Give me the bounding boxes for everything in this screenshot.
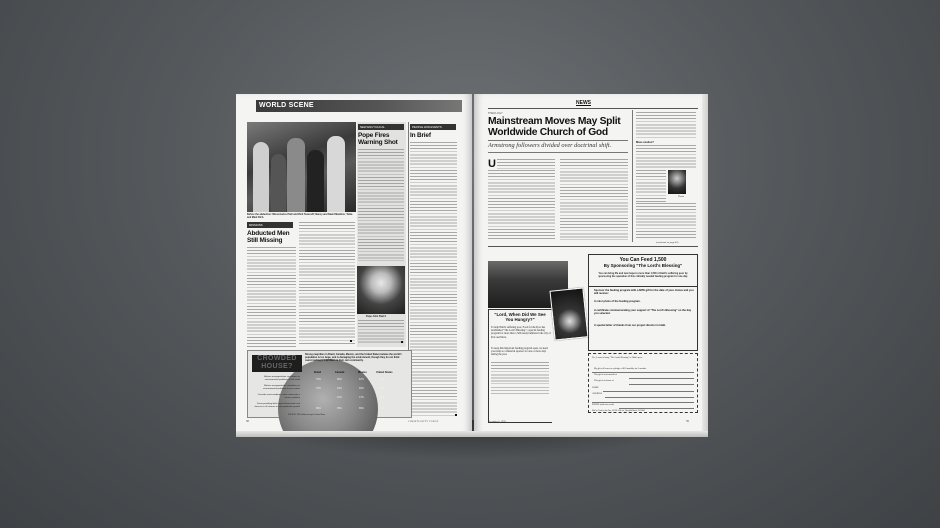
photo-caption: Before the abduction: Missionaries Patti… bbox=[247, 213, 355, 219]
donation-coupon: Yes, I want to bring "The Lord's Blessin… bbox=[588, 353, 698, 413]
encyclical-headline: Pope Fires Warning Shot bbox=[358, 132, 404, 146]
chart-col-us: United States bbox=[376, 371, 393, 374]
ad-body-p1: To help Haiti's suffering poor, Food for… bbox=[491, 326, 551, 339]
main-headline: Mainstream Moves May Split Worldwide Chu… bbox=[488, 116, 628, 138]
chart-value: 86% bbox=[337, 378, 342, 381]
chart-value: 75% bbox=[316, 387, 321, 390]
coupon-intro: Yes, I want to bring "The Lord's Blessin… bbox=[592, 357, 688, 359]
ad-title-line2: By Sponsoring "The Lord's Blessing" bbox=[588, 263, 698, 269]
in-brief-body bbox=[410, 142, 457, 417]
coupon-phone-field[interactable]: PHONE (with area code) bbox=[592, 404, 614, 406]
left-page-number: 58 bbox=[246, 420, 249, 423]
missions-body-col1 bbox=[247, 247, 296, 347]
ad-benefit-2: A certificate commemorating your support… bbox=[594, 309, 694, 315]
crowded-house-chart: CROWDED HOUSE? Strong majorities in Braz… bbox=[247, 350, 412, 418]
ad-quote-title: "Lord, When Did We See You Hungry?" bbox=[492, 312, 548, 322]
encyclical-label: NEW ENCYCLICAL bbox=[358, 124, 404, 130]
coupon-option-1[interactable]: My gift will come as a pledge of $50 mon… bbox=[594, 368, 646, 370]
coupon-address-field[interactable]: ADDRESS bbox=[592, 393, 602, 395]
chart-row-label: Consider overcrowding in own community a… bbox=[252, 394, 300, 399]
chart-value: 84% bbox=[380, 378, 385, 381]
article-col2 bbox=[560, 159, 628, 240]
tkach-portrait bbox=[668, 170, 686, 194]
chart-value: 95% bbox=[337, 407, 342, 410]
in-brief-label: PEOPLE AND EVENTS bbox=[410, 124, 456, 130]
encyclical-body bbox=[358, 149, 404, 261]
dropcap: U bbox=[488, 159, 496, 170]
article-col3-top bbox=[636, 112, 696, 138]
chart-row-label: Believe overpopulation contributes to en… bbox=[252, 376, 300, 381]
magazine-name: CHRISTIANITY TODAY bbox=[408, 420, 439, 423]
chart-row-label: Favor providing birth-control informatio… bbox=[252, 403, 300, 408]
right-page-number: 59 bbox=[686, 420, 689, 423]
story-end-mark bbox=[350, 340, 352, 342]
left-page: WORLD SCENE Before the abduction: Missio… bbox=[236, 94, 472, 437]
chart-title: CROWDED HOUSE? bbox=[252, 355, 302, 372]
coupon-option-2[interactable]: This gift is a memorial for bbox=[594, 374, 617, 376]
issue-date: December 8, 1993 bbox=[488, 420, 506, 423]
missions-label: MISSIONS bbox=[247, 222, 293, 228]
in-brief-headline: In Brief bbox=[410, 132, 456, 139]
group-photo bbox=[247, 122, 356, 212]
missions-headline: Abducted Men Still Missing bbox=[247, 230, 297, 244]
ad-benefit-1: A color photo of the feeding program. bbox=[594, 300, 694, 303]
coupon-name-field[interactable]: NAME bbox=[592, 387, 598, 389]
chart-value: 64% bbox=[337, 387, 342, 390]
chart-value: 22% bbox=[337, 396, 342, 399]
ad-body-p2: To keep this important feeding program o… bbox=[491, 347, 551, 357]
chart-value: 66% bbox=[359, 387, 364, 390]
chart-intro: Strong majorities in Brazil, Canada, Mex… bbox=[305, 354, 405, 362]
ad-intro: You can bring life and new hope to more … bbox=[598, 272, 688, 278]
page-edge bbox=[236, 431, 708, 437]
ad-benefit-3: A special letter of thanks from our proj… bbox=[594, 324, 694, 327]
chart-value: 89% bbox=[316, 407, 321, 410]
missions-body-col2 bbox=[299, 222, 355, 344]
continued-note: (continued on page 63) bbox=[656, 241, 678, 244]
chart-value: 89% bbox=[359, 407, 364, 410]
chart-col-mexico: Mexico bbox=[358, 371, 367, 374]
article-col1 bbox=[488, 170, 555, 240]
child-eating-photo bbox=[549, 287, 588, 340]
ad-sponsor-text: Sponsor the feeding program with a $250 … bbox=[594, 289, 694, 295]
chart-col-brazil: Brazil bbox=[314, 371, 321, 374]
chart-row-label: Believe overpopulation contributes to en… bbox=[252, 385, 300, 390]
chart-value: 76% bbox=[316, 378, 321, 381]
chart-value: 67% bbox=[359, 378, 364, 381]
chart-value: 47% bbox=[359, 396, 364, 399]
chart-source: SOURCE: 1993 Gallup survey for Times Mir… bbox=[288, 414, 325, 416]
chart-value: 91% bbox=[380, 407, 385, 410]
right-page: NEWS THEOLOGY Mainstream Moves May Split… bbox=[474, 94, 708, 437]
subhead-mass-exodus: Mass exodus? bbox=[636, 141, 654, 144]
pope-caption: Pope John Paul II bbox=[366, 315, 406, 318]
coupon-mail-to: Mail to: Food for the Poor, 550 SW 12th … bbox=[592, 410, 645, 412]
coupon-option-3[interactable]: This gift is in honor of bbox=[594, 380, 614, 382]
chart-col-canada: Canada bbox=[335, 371, 344, 374]
chart-value: 46% bbox=[380, 396, 385, 399]
magazine-spread: WORLD SCENE Before the abduction: Missio… bbox=[236, 94, 708, 437]
kicker: THEOLOGY bbox=[488, 112, 503, 115]
news-section-label: NEWS bbox=[576, 100, 591, 106]
pope-photo bbox=[357, 266, 405, 314]
chart-value: 82% bbox=[380, 387, 385, 390]
deck: Armstrong followers divided over doctrin… bbox=[488, 142, 611, 149]
encyclical-body-end bbox=[358, 320, 404, 344]
portrait-caption: Tkach bbox=[678, 195, 684, 198]
section-banner: WORLD SCENE bbox=[256, 100, 462, 112]
